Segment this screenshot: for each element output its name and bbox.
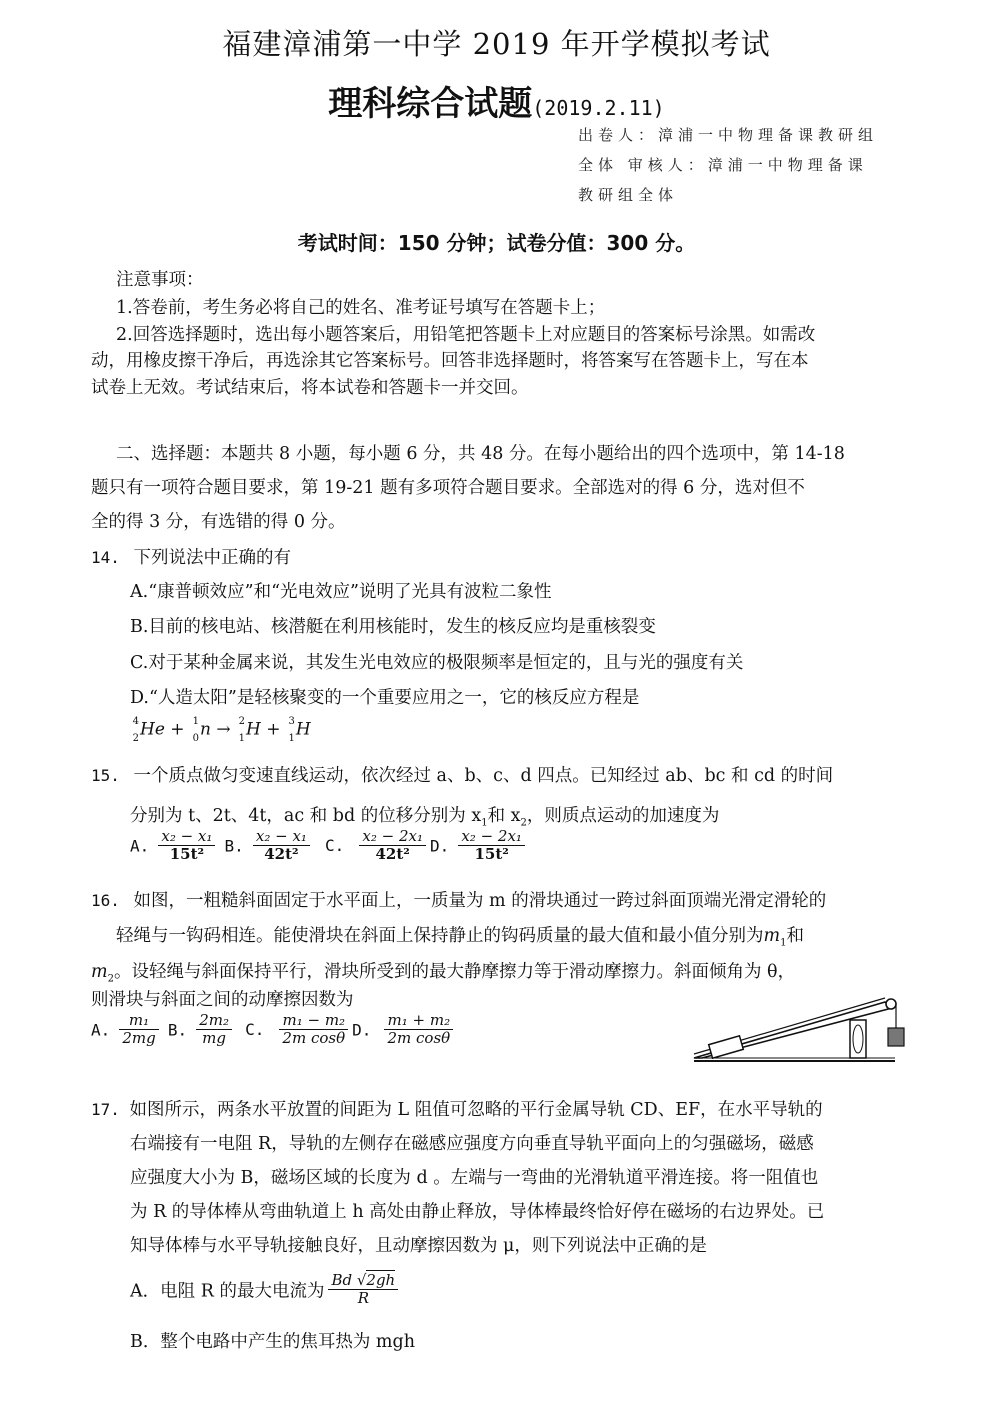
exam-date: (2019.2.11) bbox=[532, 96, 664, 120]
q16-option-b-formula: 2m₂mg bbox=[196, 1012, 232, 1048]
question-number: 17. bbox=[91, 1100, 120, 1119]
q16-options: A. m₁2mg B. 2m₂mg C. m₁ − m₂2m cosθD. m₁… bbox=[91, 1012, 457, 1048]
question-16-line-4: 则滑块与斜面之间的动摩擦因数为 bbox=[91, 986, 354, 1011]
section-intro-line-3: 全的得 3 分，有选错的得 0 分。 bbox=[91, 508, 346, 533]
question-number: 16. bbox=[91, 891, 120, 910]
q16-option-c-label: C. bbox=[245, 1020, 264, 1039]
exam-subject-title: 理科综合试题(2019.2.11) bbox=[0, 76, 993, 125]
author-line-3: 教研组全体 bbox=[578, 184, 678, 205]
q15-option-c-formula: x₂ − 2x₁42t² bbox=[359, 828, 426, 864]
q14-option-b: B.目前的核电站、核潜艇在利用核能时，发生的核反应均是重核裂变 bbox=[130, 613, 656, 638]
notice-heading: 注意事项： bbox=[116, 266, 204, 291]
question-text: 如图所示，两条水平放置的间距为 L 阻值可忽略的平行金属导轨 CD、EF，在水平… bbox=[129, 1100, 822, 1120]
q16-option-d-label: D. bbox=[352, 1020, 371, 1039]
q17-option-a-formula: Bd √2ghR bbox=[328, 1272, 398, 1308]
q16-option-a-label: A. bbox=[91, 1020, 110, 1039]
section-intro-line-2: 题只有一项符合题目要求，第 19-21 题有多项符合题目要求。全部选对的得 6 … bbox=[91, 474, 805, 499]
question-16-line-3: m2。设轻绳与斜面保持平行，滑块所受到的最大静摩擦力等于滑动摩擦力。斜面倾角为 … bbox=[91, 958, 795, 985]
question-17-line-2: 右端接有一电阻 R，导轨的左侧存在磁感应强度方向垂直导轨平面向上的匀强磁场，磁感 bbox=[130, 1130, 814, 1155]
q14-option-a: A.“康普顿效应”和“光电效应”说明了光具有波粒二象性 bbox=[130, 578, 552, 603]
q14-nuclear-equation: 42He + 10n → 21H + 31H bbox=[130, 716, 311, 744]
question-15-line-2: 分别为 t、2t、4t，ac 和 bd 的位移分别为 x1和 x2，则质点运动的… bbox=[130, 802, 719, 829]
q15-option-c-label: C. bbox=[325, 836, 344, 855]
question-text: 一个质点做匀变速直线运动，依次经过 a、b、c、d 四点。已知经过 ab、bc … bbox=[133, 766, 833, 786]
notice-item-2-line-2: 动，用橡皮擦干净后，再选涂其它答案标号。回答非选择题时，将答案写在答题卡上，写在… bbox=[91, 347, 809, 372]
q15-options: A. x₂ − x₁15t² B. x₂ − x₁42t² C. x₂ − 2x… bbox=[130, 828, 529, 864]
q15-option-a-label: A. bbox=[130, 836, 149, 855]
notice-item-1: 1.答卷前，考生务必将自己的姓名、准考证号填写在答题卡上； bbox=[116, 294, 605, 319]
question-16-line-1: 16. 如图，一粗糙斜面固定于水平面上，一质量为 m 的滑块通过一跨过斜面顶端光… bbox=[91, 887, 826, 912]
q15-option-b-label: B. bbox=[225, 836, 244, 855]
author-line-2: 全体 审核人：漳浦一中物理备课 bbox=[578, 154, 868, 175]
question-17-line-5: 知导体棒与水平导轨接触良好，且动摩擦因数为 μ，则下列说法中正确的是 bbox=[130, 1232, 707, 1257]
nuclide-label: 21 bbox=[236, 716, 246, 744]
q17-option-b: B．整个电路中产生的焦耳热为 mgh bbox=[130, 1328, 415, 1353]
q15-option-a-formula: x₂ − x₁15t² bbox=[158, 828, 215, 864]
section-intro-line-1: 二、选择题：本题共 8 小题，每小题 6 分，共 48 分。在每小题给出的四个选… bbox=[116, 440, 845, 465]
notice-item-2-line-3: 试卷上无效。考试结束后，将本试卷和答题卡一并交回。 bbox=[91, 374, 529, 399]
incline-pulley-diagram bbox=[690, 990, 905, 1065]
question-17-line-3: 应强度大小为 B，磁场区域的长度为 d 。左端与一弯曲的光滑轨道平滑连接。将一阻… bbox=[130, 1164, 818, 1189]
q16-option-b-label: B. bbox=[168, 1020, 187, 1039]
q17-option-a: A．电阻 R 的最大电流为Bd √2ghR bbox=[130, 1272, 402, 1308]
question-15-line-1: 15. 一个质点做匀变速直线运动，依次经过 a、b、c、d 四点。已知经过 ab… bbox=[91, 762, 833, 787]
q16-option-c-formula: m₁ − m₂2m cosθ bbox=[279, 1012, 348, 1048]
subject-title-text: 理科综合试题 bbox=[328, 84, 532, 124]
q15-option-b-formula: x₂ − x₁42t² bbox=[253, 828, 310, 864]
author-line-1: 出卷人：漳浦一中物理备课教研组 bbox=[578, 124, 878, 145]
question-number: 15. bbox=[91, 766, 120, 785]
q16-option-a-formula: m₁2mg bbox=[119, 1012, 158, 1048]
question-14-stem: 14. 下列说法中正确的有 bbox=[91, 544, 291, 569]
question-text: 如图，一粗糙斜面固定于水平面上，一质量为 m 的滑块通过一跨过斜面顶端光滑定滑轮… bbox=[133, 891, 826, 911]
question-16-line-2: 轻绳与一钩码相连。能使滑块在斜面上保持静止的钩码质量的最大值和最小值分别为m1和 bbox=[116, 922, 804, 949]
exam-time-score: 考试时间：150 分钟；试卷分值：300 分。 bbox=[0, 227, 993, 256]
nuclide-label: 10 bbox=[190, 716, 200, 744]
notice-item-2-line-1: 2.回答选择题时，选出每小题答案后，用铅笔把答题卡上对应题目的答案标号涂黑。如需… bbox=[116, 321, 815, 346]
nuclide-label: 42 bbox=[130, 716, 140, 744]
question-17-line-1: 17. 如图所示，两条水平放置的间距为 L 阻值可忽略的平行金属导轨 CD、EF… bbox=[91, 1096, 823, 1121]
q15-option-d-label: D. bbox=[430, 836, 449, 855]
q16-option-d-formula: m₁ + m₂2m cosθ bbox=[384, 1012, 453, 1048]
q14-option-d: D.“人造太阳”是轻核聚变的一个重要应用之一，它的核反应方程是 bbox=[130, 684, 639, 709]
q14-option-c: C.对于某种金属来说，其发生光电效应的极限频率是恒定的，且与光的强度有关 bbox=[130, 649, 743, 674]
school-exam-title: 福建漳浦第一中学 2019 年开学模拟考试 bbox=[0, 22, 993, 63]
nuclide-label: 31 bbox=[286, 716, 296, 744]
q15-option-d-formula: x₂ − 2x₁15t² bbox=[458, 828, 525, 864]
question-17-line-4: 为 R 的导体棒从弯曲轨道上 h 高处由静止释放，导体棒最终恰好停在磁场的右边界… bbox=[130, 1198, 824, 1223]
question-number: 14. bbox=[91, 548, 120, 567]
question-text: 下列说法中正确的有 bbox=[133, 548, 291, 568]
